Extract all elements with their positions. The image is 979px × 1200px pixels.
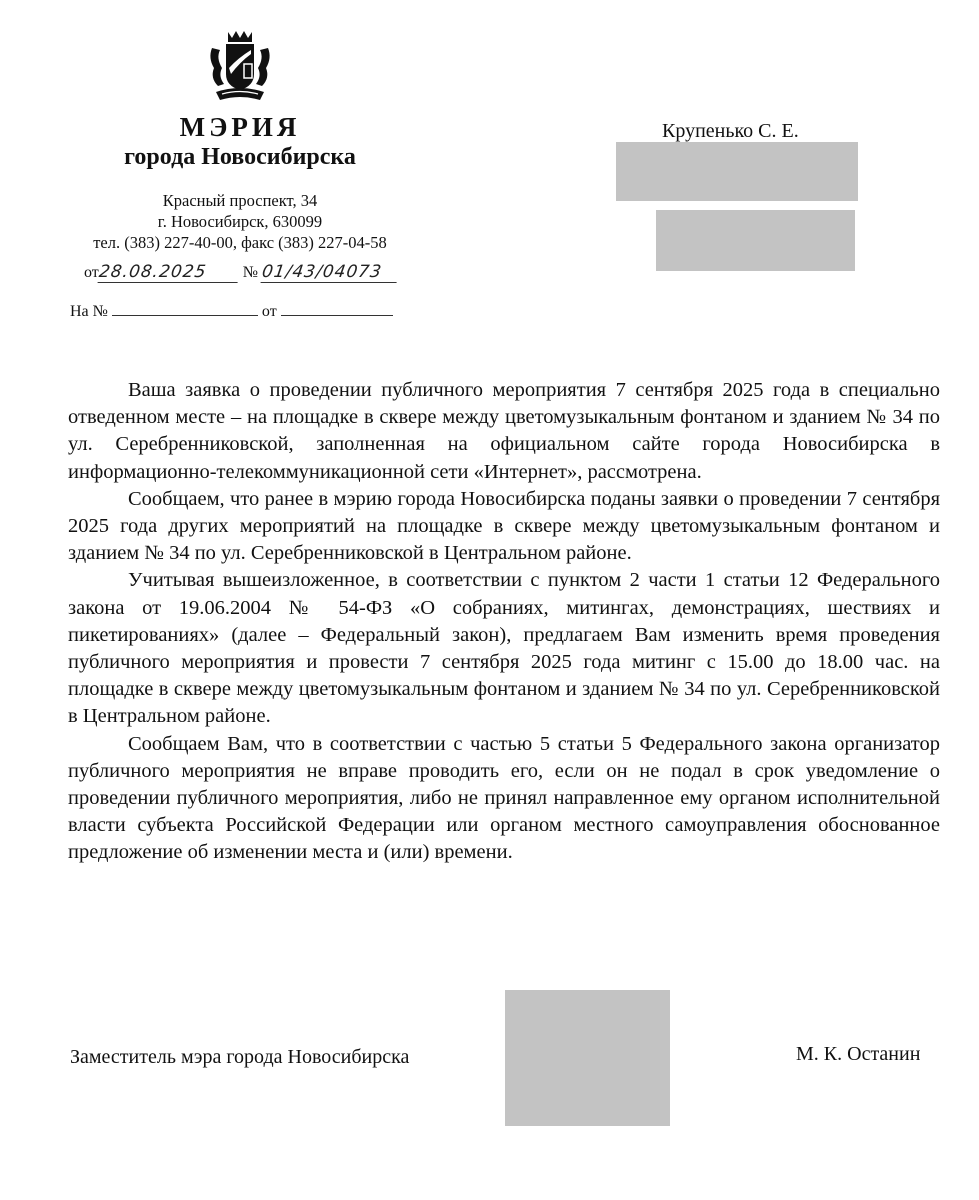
coat-of-arms-icon	[198, 28, 282, 112]
address-street: Красный проспект, 34	[50, 190, 430, 211]
body-paragraph-3: Учитывая вышеизложенное, в соответствии …	[68, 567, 940, 730]
org-subtitle: города Новосибирска	[60, 144, 420, 171]
address-city: г. Новосибирск, 630099	[50, 211, 430, 232]
signer-title: Заместитель мэра города Новосибирска	[70, 1046, 409, 1069]
body-paragraph-2: Сообщаем, что ранее в мэрию города Новос…	[68, 486, 940, 568]
reply-number-prefix: На №	[70, 303, 108, 320]
redacted-recipient-line-2	[656, 210, 855, 271]
reply-date-prefix: от	[262, 303, 277, 320]
redacted-signature	[505, 990, 670, 1126]
reply-number-blank	[112, 303, 258, 316]
signer-name: М. К. Останин	[796, 1043, 920, 1066]
date-prefix: от	[84, 264, 99, 281]
reply-date-blank	[281, 303, 393, 316]
body-paragraph-1: Ваша заявка о проведении публичного меро…	[68, 377, 940, 486]
org-title: МЭРИЯ	[60, 112, 420, 143]
body-paragraph-4: Сообщаем Вам, что в соответствии с часть…	[68, 731, 940, 867]
reply-reference: На № от	[70, 303, 393, 321]
outgoing-date: 28.08.2025	[97, 262, 240, 283]
redacted-recipient-line-1	[616, 142, 858, 201]
recipient-name: Крупенько С. Е.	[662, 120, 799, 143]
number-prefix: №	[243, 264, 258, 281]
coat-of-arms-emblem	[198, 28, 282, 112]
contact-phones: тел. (383) 227-40-00, факс (383) 227-04-…	[50, 232, 430, 253]
outgoing-registration: от28.08.2025 № 01/43/04073	[84, 262, 398, 283]
outgoing-number: 01/43/04073	[261, 262, 400, 283]
letter-body: Ваша заявка о проведении публичного меро…	[68, 377, 940, 867]
